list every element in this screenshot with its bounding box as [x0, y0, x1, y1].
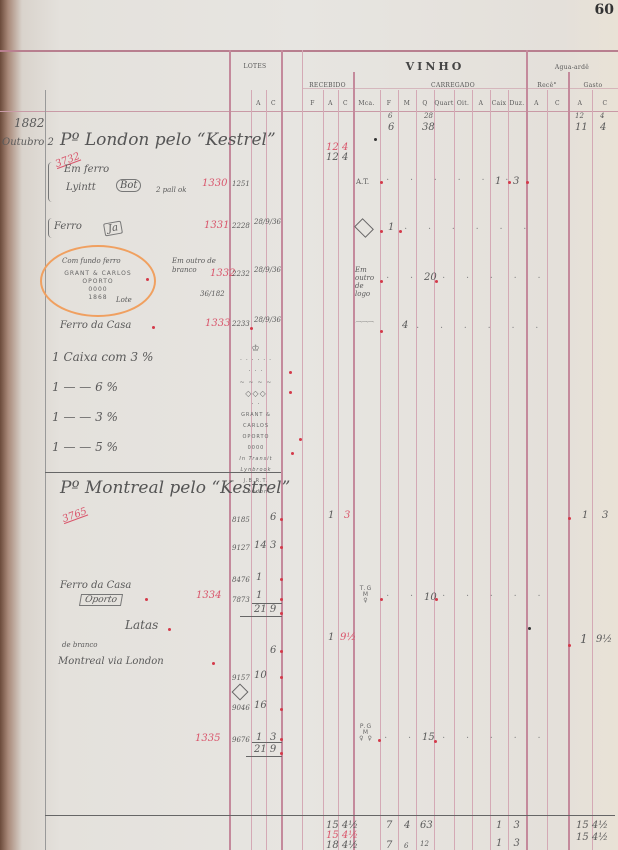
col-divider-recebido-right — [353, 72, 355, 850]
header-carregado-quart: Quart — [434, 100, 454, 107]
stamp-line: ~ ~ ~ ~ — [232, 377, 280, 388]
red-check — [291, 452, 294, 455]
entry-3-fraction: 28/9/36 — [254, 266, 281, 274]
lot-1335: 1335 — [195, 733, 220, 744]
leader-dots: · · · · · · — [404, 224, 535, 235]
entry-1-lot: 1330 — [202, 178, 227, 189]
header-rec-a: A — [526, 100, 547, 107]
lote-subtotal: 21 9 — [254, 744, 276, 755]
header-carregado-f: F — [380, 100, 398, 107]
red-check — [280, 518, 283, 521]
red-check — [568, 644, 571, 647]
recebido-c: 3 — [344, 510, 350, 521]
stamp-line: OPORTO — [232, 432, 280, 443]
entry-1-text: Em ferro — [64, 164, 109, 175]
entry-1-note: 2 pall ok — [156, 186, 187, 194]
lote-c: 6 — [270, 645, 276, 656]
total-carregado-m: 4 — [404, 820, 410, 831]
header-carregado: CARREGADO — [380, 82, 526, 89]
header-carregado-oit: Oit. — [454, 100, 472, 107]
stamp-line: In Transit — [232, 454, 280, 465]
carried2-gasto-a: 11 — [575, 122, 588, 133]
total-carregado-q: 63 — [420, 820, 433, 831]
lote-ref: 9676 — [232, 736, 250, 744]
stamp-line: ♀ ♀ — [356, 736, 376, 742]
entry-3-extra: 36/182 — [200, 290, 225, 298]
leader-dots: · · — [384, 733, 420, 744]
entry-3-text: Com fundo ferro — [62, 257, 121, 265]
section-divider — [45, 472, 281, 473]
entry-4-lot: 1333 — [205, 318, 230, 329]
red-check — [399, 230, 402, 233]
entry-3-lote-ref: 2232 — [232, 270, 250, 278]
red-check — [435, 598, 438, 601]
red-check — [280, 612, 283, 615]
header-rec-c: C — [547, 100, 568, 107]
carregado-mark: T.GM♀ — [356, 586, 376, 604]
total-gasto-2: 15 4½ — [576, 832, 608, 843]
col-divider-recebido-left — [302, 50, 303, 850]
stamp-line: GRANT & CARLOS — [232, 410, 280, 432]
header-carregado-m: M — [398, 100, 416, 107]
entry-1-lote-ref: 1251 — [232, 180, 250, 188]
lote-a: 10 — [254, 670, 267, 681]
leader-dots: · · · · · — [442, 591, 550, 602]
gasto-a: 1 — [582, 510, 588, 521]
lote-ref: 9127 — [232, 544, 250, 552]
entry-2-text: Ferro — [54, 221, 82, 232]
red-check — [250, 327, 253, 330]
header-carregado-a: A — [472, 100, 490, 107]
header-lotes-c: C — [266, 100, 281, 107]
carried-gasto-c: 4 — [600, 112, 604, 120]
date-column-rule — [45, 90, 46, 850]
header-carregado-caix: Caix — [490, 100, 508, 107]
date-day: Outubro 2 — [2, 137, 54, 148]
header-aguardente-gasto: Gasto — [568, 82, 618, 89]
red-check — [280, 676, 283, 679]
red-check — [212, 662, 215, 665]
red-check — [380, 280, 383, 283]
header-aguardente-rec: Recê° — [526, 82, 568, 89]
lote-ref: 9157 — [232, 674, 250, 682]
total-carregado-q2: 12 — [420, 840, 429, 848]
header-aguardente: Agua-ardê — [526, 64, 618, 71]
total-gasto-1: 15 4½ — [576, 820, 608, 831]
lote-ref: 8185 — [232, 516, 250, 524]
entry-1-mark-boxed: Bot — [116, 179, 141, 192]
section-title-montreal: Pº Montreal pelo “Kestrel” — [60, 478, 290, 498]
header-recebido-c: C — [338, 100, 353, 107]
total-carregado-f: 7 — [386, 820, 392, 831]
lote-ref: 9046 — [232, 704, 250, 712]
red-check — [380, 230, 383, 233]
ledger-page: 60 LOTES A C VINHO RECEBIDO F A C CARREG… — [0, 0, 618, 850]
red-check — [280, 598, 283, 601]
entry-ferro-da-casa: Ferro da Casa — [60, 580, 131, 591]
red-check — [280, 578, 283, 581]
lote-a: 16 — [254, 700, 267, 711]
carried2-f: 6 — [388, 122, 394, 133]
lote-a: 1 — [256, 590, 262, 601]
carried-f: 6 — [388, 112, 392, 120]
stamp-line: OPORTO — [62, 278, 134, 286]
red-check — [289, 371, 292, 374]
subtotal-rule — [246, 756, 282, 757]
crest-icon: ♔ — [232, 344, 280, 355]
page-number: 60 — [595, 2, 614, 18]
lote-c: 3 — [270, 540, 276, 551]
red-check — [568, 517, 571, 520]
entry-montreal-via-london: Montreal via London — [58, 656, 164, 667]
red-check — [526, 181, 529, 184]
red-check — [152, 326, 155, 329]
carried2-q: 38 — [422, 122, 435, 133]
entry-1-sub: Lyintt — [66, 182, 96, 193]
leader-dots: · · — [386, 591, 422, 602]
lotes-stamps: ♔ · · · · · · · · · ~ ~ ~ ~ ◇◇◇ · · GRAN… — [232, 344, 280, 498]
red-check — [280, 738, 283, 741]
col-divider-lotes-right — [281, 50, 283, 850]
col-divider-mca — [380, 90, 381, 850]
entry-2-lote-ref: 2228 — [232, 222, 250, 230]
header-recebido-a: A — [323, 100, 338, 107]
lote-ref: 8476 — [232, 576, 250, 584]
stamp-line: 0000 — [232, 443, 280, 454]
red-check — [435, 280, 438, 283]
entry-6-text: 1 — — 6 % — [52, 380, 118, 394]
entry-2-f: 1 — [388, 222, 394, 233]
col-divider-aguardente-left — [526, 50, 528, 850]
header-carregado-mca: Mca. — [353, 100, 380, 107]
red-check — [280, 650, 283, 653]
recebido-a-2: 12 — [326, 152, 339, 163]
ink-mark — [528, 627, 531, 630]
leader-dots: · · · · · — [442, 733, 550, 744]
col-divider-lotes-left — [229, 50, 231, 850]
red-check — [280, 546, 283, 549]
carried2-gasto-c: 4 — [600, 122, 606, 133]
col-divider-gasto-left — [568, 72, 570, 850]
total-caix-duz: 1 3 — [496, 820, 520, 831]
leader-dots: · · — [386, 273, 422, 284]
header-gasto-a: A — [568, 100, 592, 107]
diamond-mark-icon — [232, 684, 249, 701]
red-check — [289, 391, 292, 394]
red-check — [380, 181, 383, 184]
total-carregado-f2: 7 — [386, 840, 392, 850]
totals-rule — [45, 815, 615, 816]
entry-q-15: 15 — [422, 732, 435, 743]
entry-4-m: 4 — [402, 320, 408, 331]
recebido-a: 1 — [328, 632, 334, 643]
oporto-stamp: Oporto — [79, 594, 123, 606]
recebido-a: 1 — [328, 510, 334, 521]
entry-1-duz: 3 — [513, 176, 519, 187]
entry-2-fraction: 28/9/36 — [254, 218, 281, 226]
lote-c: 6 — [270, 512, 276, 523]
entry-de-branco: de branco — [62, 641, 98, 649]
entry-2-lot: 1331 — [204, 220, 229, 231]
red-check — [146, 278, 149, 281]
gasto-c: 3 — [602, 510, 608, 521]
entry-7-text: 1 — — 3 % — [52, 410, 118, 424]
total-recebido-3: 18 4½ — [326, 840, 358, 850]
lote-a: 14 — [254, 540, 267, 551]
entry-latas: Latas — [125, 618, 158, 632]
gasto-c: 9½ — [596, 634, 612, 645]
carried-q: 28 — [424, 112, 433, 120]
stamp-line: Lynbrook — [232, 465, 280, 476]
carregado-mark: P.GM♀ ♀ — [356, 724, 376, 742]
stamp-line: · · · — [232, 366, 280, 377]
leader-dots: · · · · · — [442, 273, 550, 284]
subtotal-rule — [252, 742, 282, 743]
header-recebido: RECEBIDO — [302, 82, 353, 89]
entry-1-carregado-mark: A.T. — [356, 178, 369, 186]
entry-2-mark-boxed: Ja — [103, 221, 123, 237]
header-lotes-a: A — [251, 100, 266, 107]
header-recebido-f: F — [302, 100, 323, 107]
header-carregado-duz: Duz. — [508, 100, 526, 107]
lote-a: 1 — [256, 572, 262, 583]
entry-3-mark: Em outro de logo — [355, 266, 380, 298]
red-check — [378, 739, 381, 742]
col-divider-recebido-f — [323, 90, 324, 850]
total-carregado-m2: 6 — [404, 842, 408, 850]
header-gasto-c: C — [592, 100, 618, 107]
reference-3765: 3765 — [61, 506, 89, 525]
gasto-a: 1 — [580, 632, 588, 646]
red-check — [380, 330, 383, 333]
red-check — [145, 598, 148, 601]
ink-mark — [374, 138, 377, 141]
lote-ref: 7873 — [232, 596, 250, 604]
entry-4-lote-ref: 2233 — [232, 320, 250, 328]
entry-1-caix: 1 — [495, 176, 501, 187]
carried-gasto-a: 12 — [575, 112, 584, 120]
header-carregado-q: Q — [416, 100, 434, 107]
subtotal-rule — [240, 616, 282, 617]
wave-mark-icon: ⌒⌒⌒ — [354, 320, 372, 330]
brace — [48, 162, 54, 202]
red-check — [280, 752, 283, 755]
diamond-mark-icon — [354, 218, 374, 238]
red-check — [434, 740, 437, 743]
recebido-c: 9½ — [340, 632, 356, 643]
red-check — [168, 628, 171, 631]
col-divider-recebido-a — [338, 90, 339, 850]
red-check — [299, 438, 302, 441]
entry-8-text: 1 — — 5 % — [52, 440, 118, 454]
lote-subtotal: 21 9 — [254, 604, 276, 615]
entry-4-fraction: 28/9/36 — [254, 316, 281, 324]
col-divider-gasto-a — [592, 90, 593, 850]
red-check — [380, 598, 383, 601]
stamp-line: 0000 — [62, 286, 134, 294]
header-vinho: VINHO — [380, 60, 490, 73]
total-caix-duz-2: 1 3 — [496, 838, 520, 849]
entry-5-text: 1 Caixa com 3 % — [52, 350, 153, 364]
stamp-line: ◇◇◇ — [232, 388, 280, 399]
entry-3-sub: Lote — [116, 296, 132, 304]
recebido-c-2: 4 — [342, 152, 348, 163]
red-check — [508, 181, 511, 184]
stamp-line: · · · · · · — [232, 355, 280, 366]
leader-dots: · · · · · · — [416, 323, 547, 334]
red-check — [280, 708, 283, 711]
date-year: 1882 — [14, 116, 45, 130]
entry-4-text: Ferro da Casa — [60, 320, 131, 331]
header-lotes: LOTES — [229, 63, 281, 70]
stamp-line: ♀ — [356, 598, 376, 604]
stamp-line: GRANT & CARLOS — [62, 270, 134, 278]
stamp-line: · · — [232, 399, 280, 410]
lot-1334: 1334 — [196, 590, 221, 601]
section-title-london: Pº London pelo “Kestrel” — [60, 130, 276, 150]
